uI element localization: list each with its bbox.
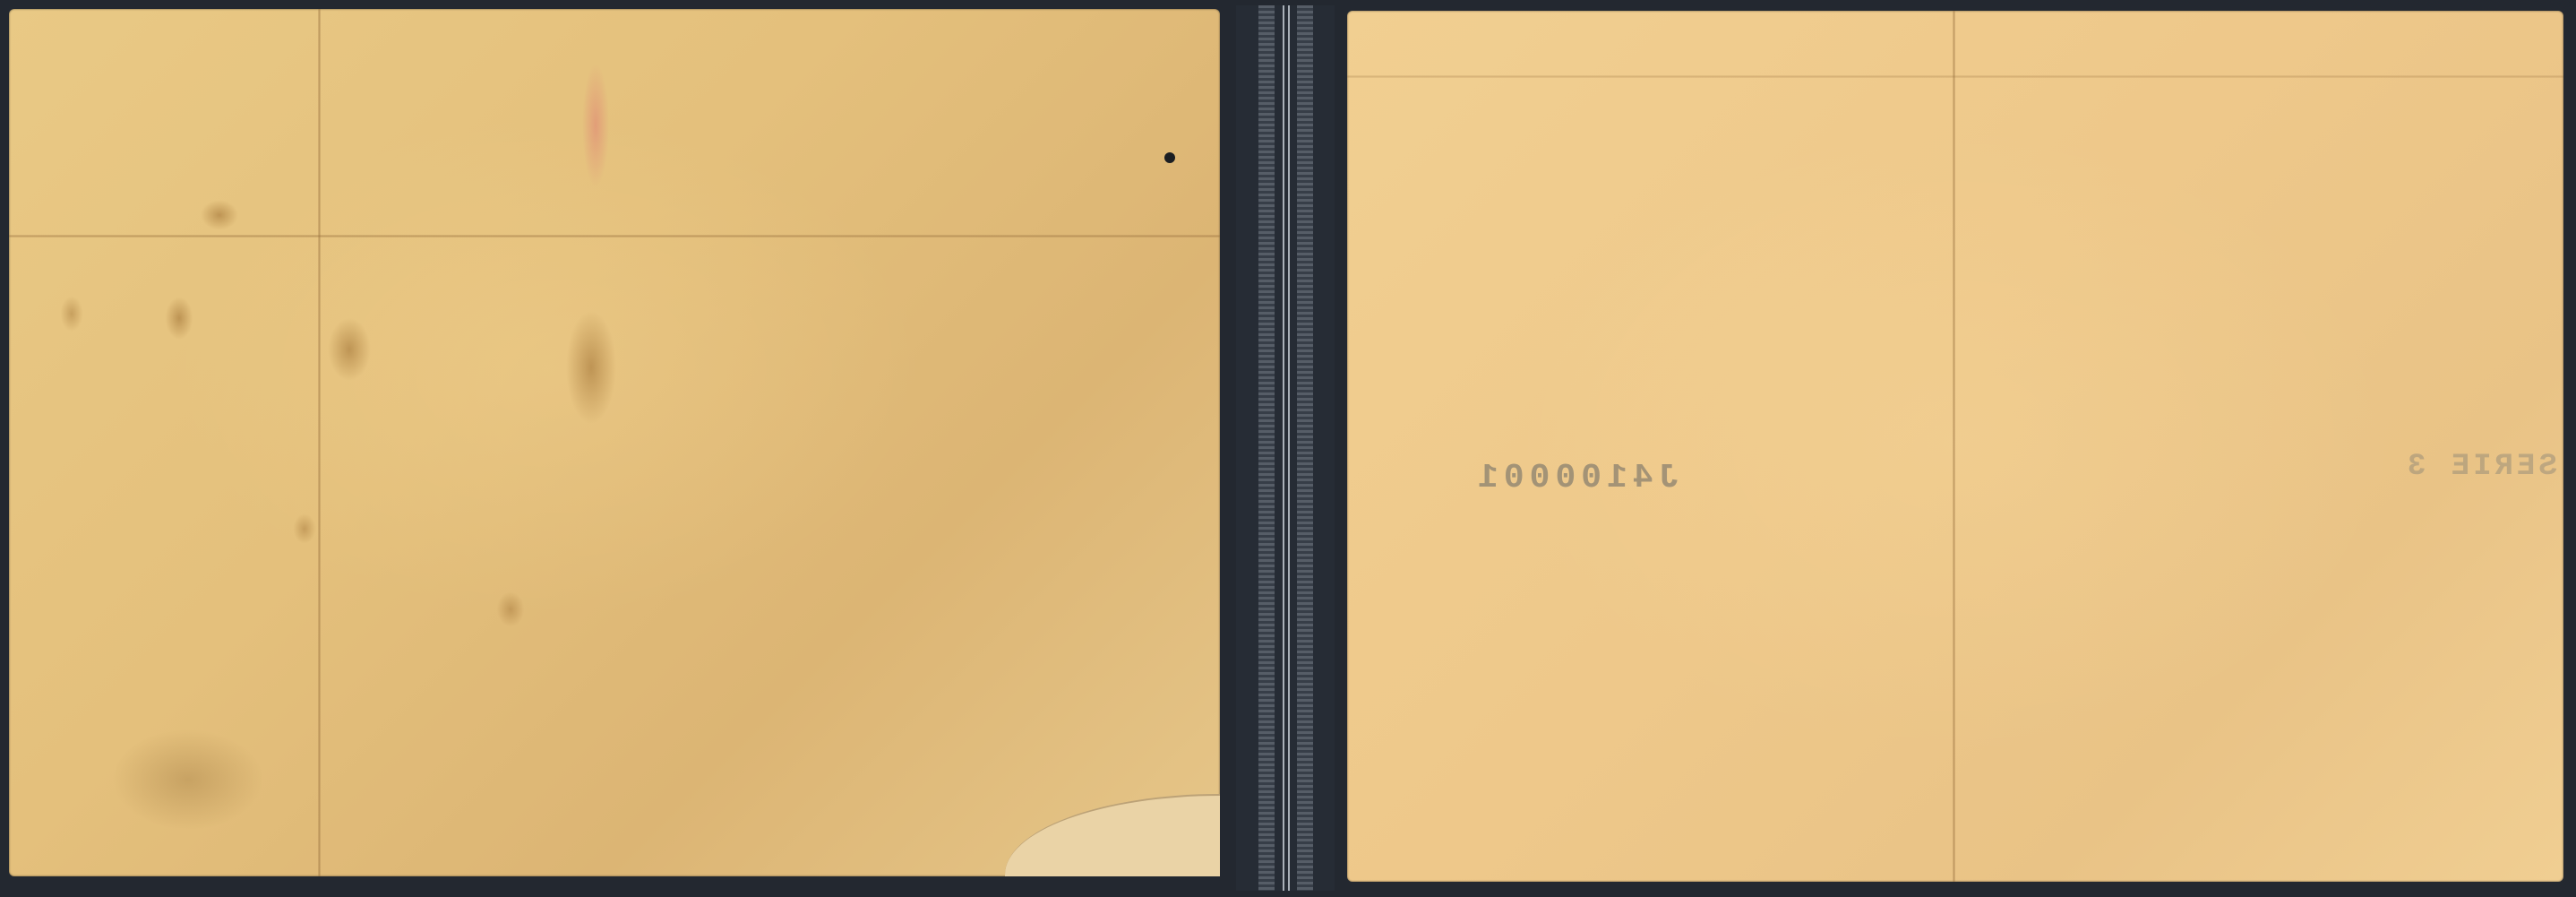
binder-stitch-right	[1297, 5, 1313, 891]
binder-thread	[1288, 5, 1290, 891]
right-banknote-reverse: J4100001 SERIE 3	[1347, 11, 2563, 882]
pinhole	[1164, 152, 1175, 163]
binder-thread	[1283, 5, 1284, 891]
red-ink-mark	[582, 63, 609, 188]
album-page-background: J4100001 SERIE 3	[0, 0, 2576, 897]
left-banknote-reverse	[9, 9, 1220, 876]
vertical-fold-line	[1953, 11, 1955, 882]
binder-stitch-left	[1258, 5, 1275, 891]
mirrored-serial-number: J4100001	[1473, 459, 1679, 497]
mirrored-series-text: SERIE 3	[2404, 450, 2557, 484]
album-binder-strip	[1236, 5, 1335, 891]
torn-corner	[1005, 794, 1220, 876]
horizontal-fold-line	[9, 235, 1220, 237]
vertical-fold-line	[318, 9, 321, 876]
horizontal-fold-line	[1347, 75, 2563, 78]
